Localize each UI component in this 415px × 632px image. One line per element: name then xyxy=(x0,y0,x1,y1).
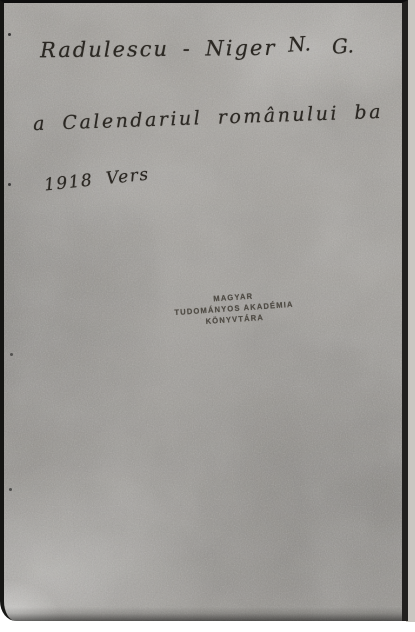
scanned-book-flyleaf: Radulescu - Niger N. G. a Calendariul ro… xyxy=(0,0,415,632)
handwritten-author-name: Radulescu - Niger xyxy=(40,36,277,62)
handwritten-initial-g: G. xyxy=(331,33,354,58)
library-stamp: MAGYAR TUDOMÁNYOS AKADÉMIA KÖNYVTÁRA xyxy=(168,288,300,330)
flyleaf-page: Radulescu - Niger N. G. a Calendariul ro… xyxy=(0,0,408,621)
handwritten-initial-n: N. xyxy=(287,31,311,57)
handwritten-annotation: a Calendariul românului ba xyxy=(33,101,384,135)
page-bottom-edge xyxy=(4,607,402,621)
handwritten-date-note: 1918 Vers xyxy=(43,165,150,196)
edge-speck-marks xyxy=(8,33,11,36)
